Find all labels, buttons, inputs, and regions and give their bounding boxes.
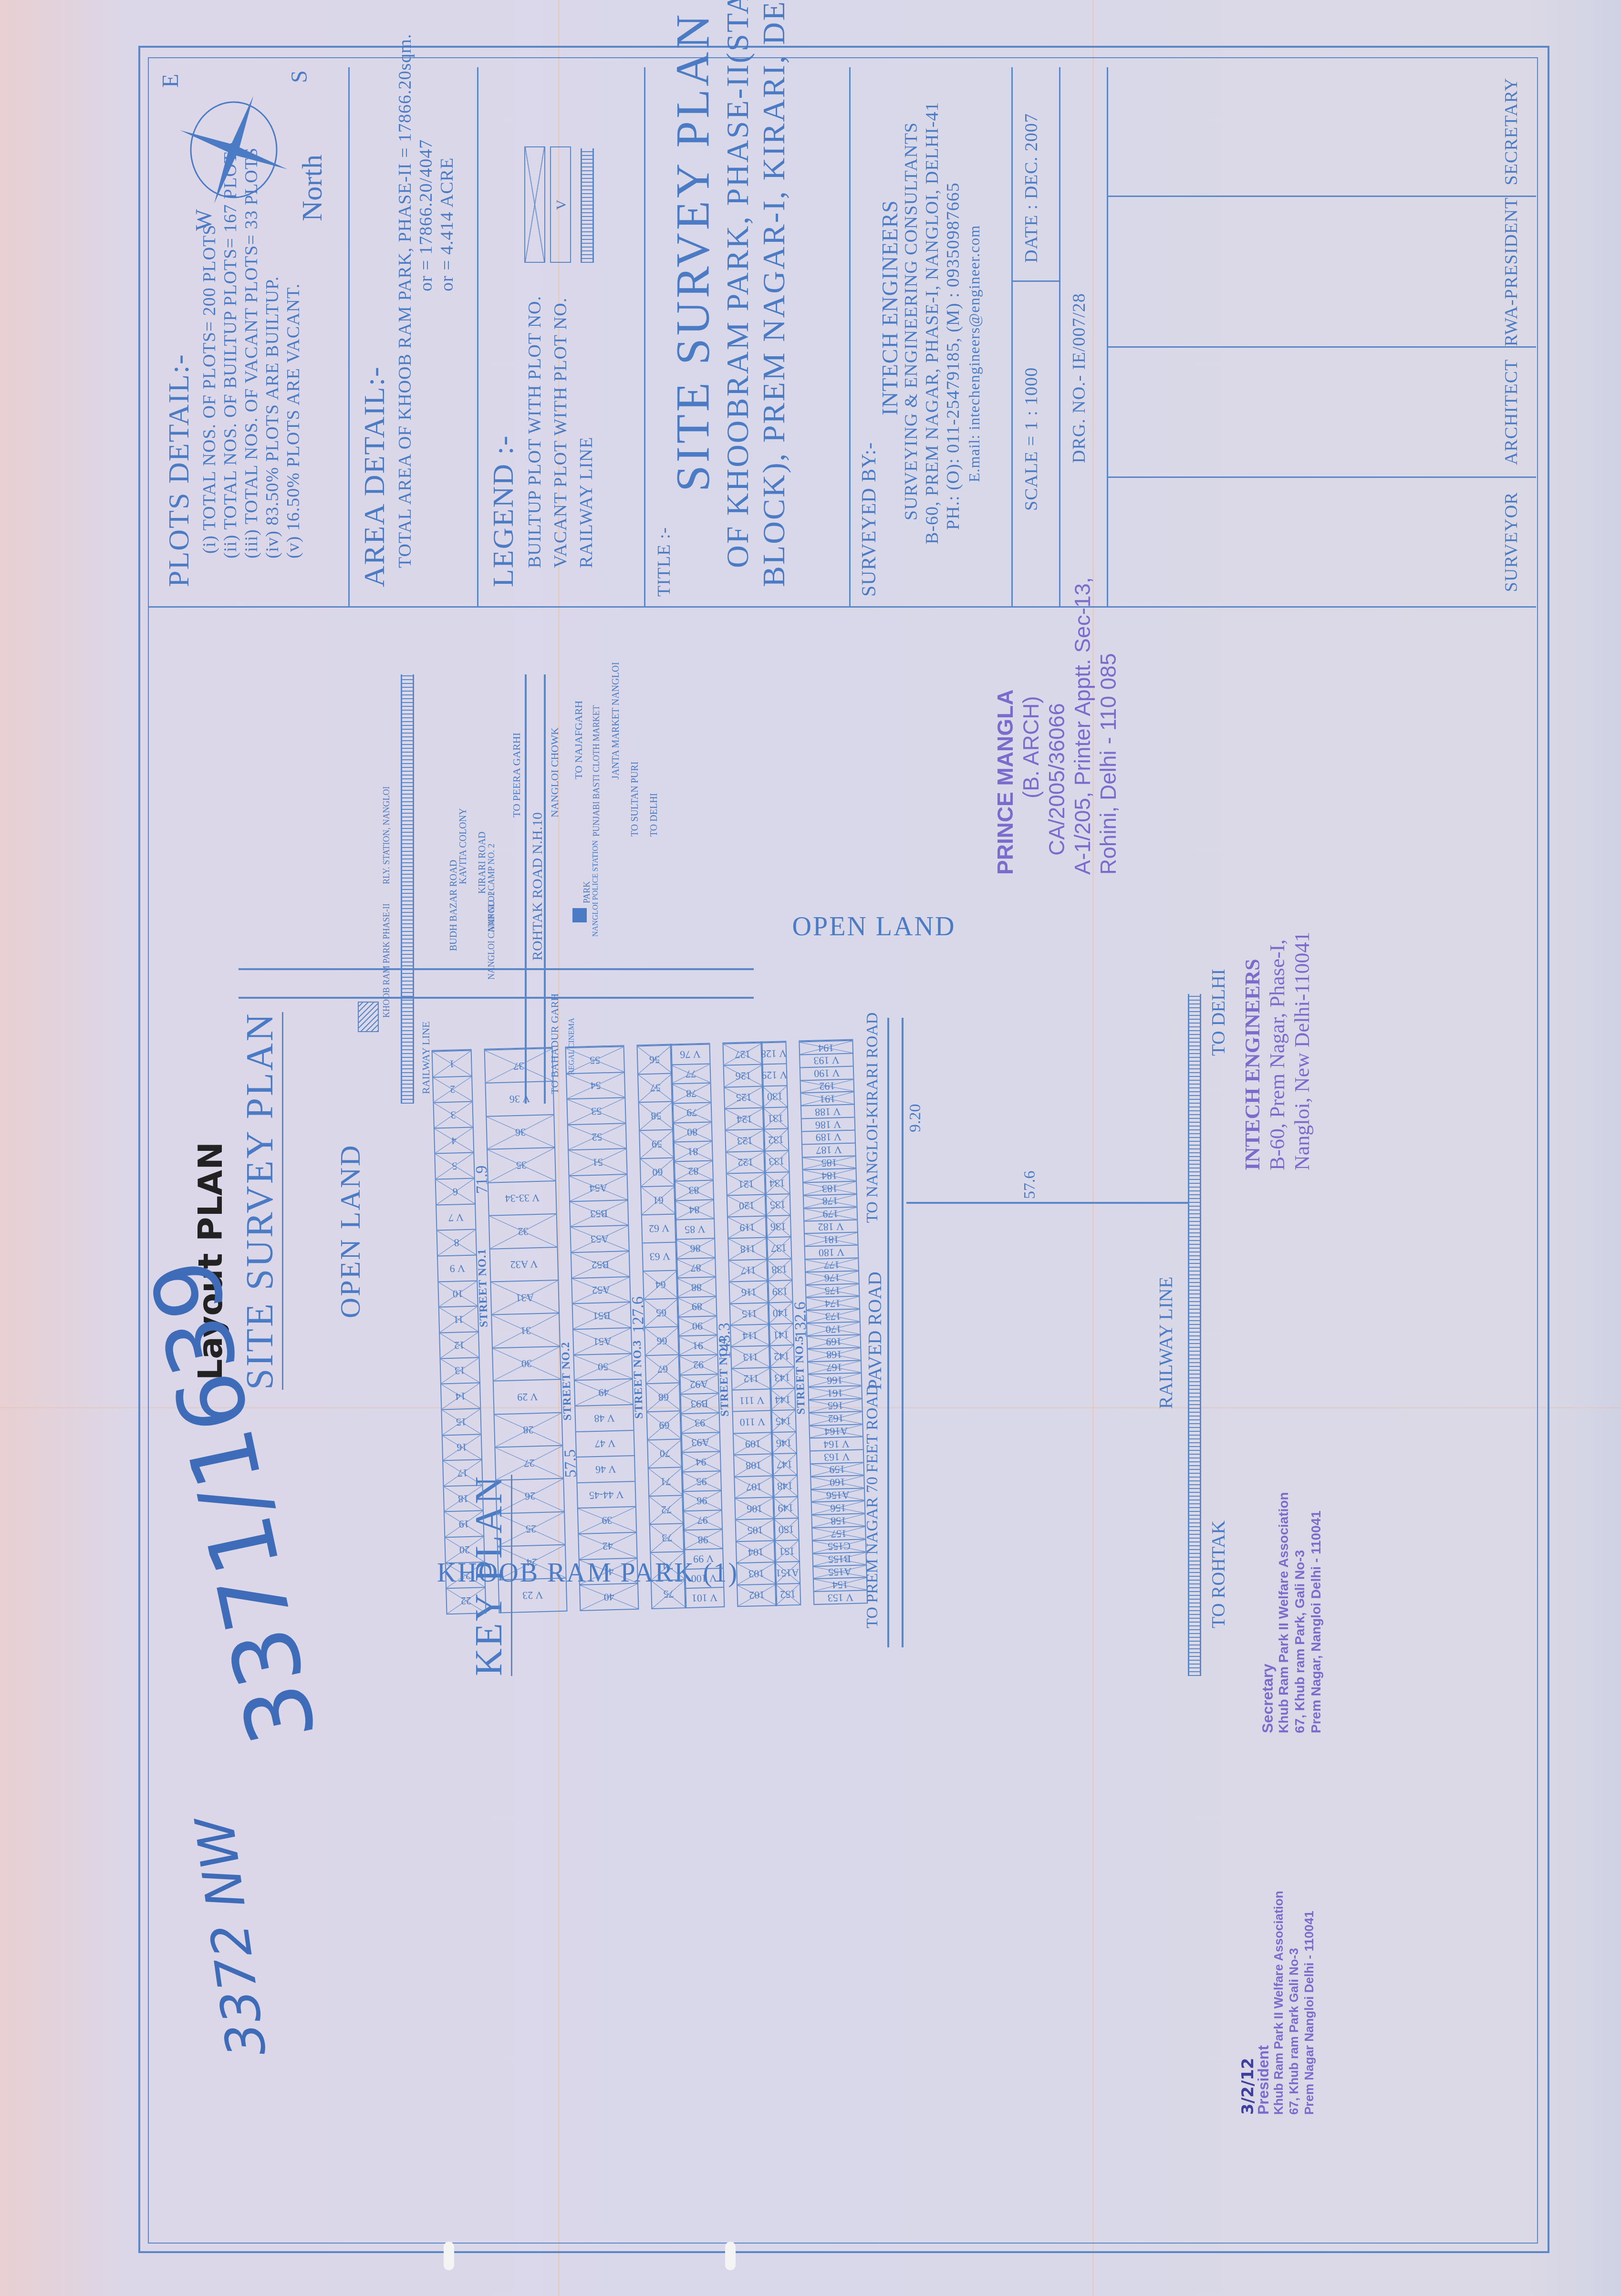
builtup-plot: 176 xyxy=(806,1270,859,1284)
plot-number: 81 xyxy=(687,1145,698,1158)
signatory-architect: ARCHITECT xyxy=(1107,346,1536,476)
signatory-row: SURVEYOR ARCHITECT RWA-PRESIDENT SECRETA… xyxy=(1107,67,1536,606)
plot-number: 21 xyxy=(460,1569,471,1582)
builtup-plot: 152 xyxy=(776,1583,800,1605)
builtup-plot: 10 xyxy=(438,1280,477,1307)
builtup-plot: 25 xyxy=(497,1511,565,1546)
compass-icon xyxy=(172,88,296,212)
plot-number: 114 xyxy=(742,1329,758,1342)
vacant-plot: V 186 xyxy=(802,1117,855,1131)
builtup-plot: 69 xyxy=(647,1410,682,1439)
builtup-plot: 156 xyxy=(812,1500,865,1515)
plot-number: 25 xyxy=(526,1523,537,1536)
plot-number: A51 xyxy=(593,1335,612,1348)
signatory-label: RWA-PRESIDENT xyxy=(1501,197,1522,346)
builtup-plot: 54 xyxy=(567,1072,624,1099)
plot-number: 194 xyxy=(818,1041,834,1054)
builtup-plot: 103 xyxy=(737,1562,776,1584)
builtup-plot: B93 xyxy=(680,1393,719,1414)
vacant-plot: V 111 xyxy=(732,1388,771,1411)
plot-number: 72 xyxy=(661,1503,672,1516)
plot-number: 122 xyxy=(738,1156,754,1169)
key-plan-label: NANGLOI CHOWK xyxy=(549,727,561,817)
date: DATE : DEC. 2007 xyxy=(1021,113,1042,263)
plot-number: 145 xyxy=(775,1415,791,1427)
plot-number: 58 xyxy=(651,1110,662,1123)
builtup-plot: 80 xyxy=(673,1121,712,1142)
builtup-plot: 138 xyxy=(767,1258,791,1281)
vacant-plot: V 62 xyxy=(642,1213,676,1242)
builtup-plot: 6 xyxy=(436,1178,475,1205)
drawing-number: DRG. NO.- IE/007/28 xyxy=(1069,293,1090,463)
plot-number: 71 xyxy=(660,1475,671,1488)
builtup-plot: 184 xyxy=(803,1168,856,1182)
builtup-plot: C155 xyxy=(813,1539,866,1553)
builtup-plot: 118 xyxy=(728,1237,767,1260)
plot-number: V 76 xyxy=(680,1048,701,1061)
builtup-plot: 92 xyxy=(679,1354,718,1375)
vacant-plot: V 153 xyxy=(814,1590,867,1604)
plot-number: 10 xyxy=(453,1288,464,1301)
key-plan: KEY PLAN ROHTAK ROAD N.H.10 RAILWAY LINE… xyxy=(239,674,763,1104)
builtup-plot: 95 xyxy=(682,1470,721,1491)
plot-number: 19 xyxy=(458,1518,469,1531)
vacant-plot: V 188 xyxy=(801,1104,854,1118)
builtup-plot: 32 xyxy=(489,1213,557,1248)
builtup-plot: 167 xyxy=(808,1360,861,1374)
plot-number: 117 xyxy=(741,1264,757,1277)
signatory-label: SURVEYOR xyxy=(1501,492,1522,592)
vacant-plot: V 48 xyxy=(575,1404,633,1431)
plot-number: 28 xyxy=(523,1424,534,1437)
builtup-plot: 81 xyxy=(674,1141,712,1161)
vacant-plot: V 33-34 xyxy=(488,1180,556,1215)
stamp-line: A-1/205, Printer Apptt. Sec-13, xyxy=(1070,577,1095,875)
builtup-plot: 30 xyxy=(493,1346,561,1381)
builtup-plot: 28 xyxy=(495,1412,562,1447)
police-station-marker xyxy=(572,908,587,922)
plot-number: A156 xyxy=(826,1489,850,1501)
plot-number: 74 xyxy=(663,1560,674,1572)
builtup-plot: A155 xyxy=(813,1564,866,1579)
plot-number: V 189 xyxy=(815,1131,842,1144)
dimension: 127.6 xyxy=(629,1296,648,1333)
builtup-plot: 141 xyxy=(769,1323,793,1345)
builtup-plot: 137 xyxy=(767,1237,791,1259)
plot-number: 69 xyxy=(659,1419,670,1432)
plot-number: 150 xyxy=(778,1523,794,1536)
plot-number: 152 xyxy=(780,1588,796,1601)
area-line: TOTAL AREA OF KHOOB RAM PARK, PHASE-II =… xyxy=(395,72,416,568)
plot-number: 65 xyxy=(656,1307,667,1320)
plot-number: 140 xyxy=(772,1307,789,1320)
plot-number: 37 xyxy=(513,1059,524,1072)
plot-number: C155 xyxy=(828,1540,851,1552)
builtup-plot: 68 xyxy=(646,1382,681,1411)
builtup-plot: 97 xyxy=(683,1510,722,1530)
plot-number: V 164 xyxy=(823,1438,850,1450)
builtup-plot: 52 xyxy=(568,1123,626,1150)
builtup-plot: 159 xyxy=(811,1462,864,1476)
plot-number: 141 xyxy=(773,1328,790,1341)
plot-number: 170 xyxy=(825,1323,842,1335)
builtup-plot: 27 xyxy=(495,1445,563,1480)
builtup-plot: 117 xyxy=(729,1259,768,1281)
plot-number: 35 xyxy=(516,1159,527,1172)
plot-number: 96 xyxy=(696,1494,707,1507)
builtup-plot: 39 xyxy=(578,1506,636,1533)
stamp-line: Khub Ram Park II Welfare Association xyxy=(1271,1891,1286,2115)
builtup-plot: 74 xyxy=(651,1551,685,1580)
plot-number: 1 xyxy=(449,1057,455,1070)
site-location-marker xyxy=(358,1002,379,1032)
builtup-plot: 11 xyxy=(439,1306,478,1333)
plot-number: V 48 xyxy=(594,1412,615,1425)
plot-number: 53 xyxy=(591,1105,602,1117)
plot-number: V 110 xyxy=(739,1416,765,1428)
engineer-stamp: INTECH ENGINEERS B-60, Prem Nagar, Phase… xyxy=(1240,931,1315,1170)
plot-number: 6 xyxy=(453,1185,458,1198)
firm-email: E.mail: intechengineers@engineer.com xyxy=(964,72,985,482)
builtup-plot: 127 xyxy=(723,1042,762,1065)
plot-number: 161 xyxy=(827,1386,843,1399)
builtup-plot: 124 xyxy=(725,1107,764,1130)
builtup-plot: 165 xyxy=(809,1398,862,1412)
plot-number: 66 xyxy=(656,1335,667,1348)
builtup-plot: 87 xyxy=(676,1257,715,1278)
builtup-plot: A54 xyxy=(570,1174,627,1201)
plot-number: 149 xyxy=(778,1501,794,1514)
plot-number: 49 xyxy=(598,1386,609,1399)
dimension: 71.9 xyxy=(473,1165,492,1194)
builtup-plot: 50 xyxy=(574,1353,632,1380)
builtup-plot: 134 xyxy=(765,1171,790,1194)
builtup-plot: 86 xyxy=(676,1238,715,1258)
plot-number: 36 xyxy=(515,1126,526,1138)
plot-number: 26 xyxy=(525,1489,536,1502)
plot-number: 97 xyxy=(697,1514,708,1527)
builtup-plot: 55 xyxy=(566,1046,624,1073)
plot-number: 17 xyxy=(457,1467,468,1479)
vacant-plot: V 63 xyxy=(643,1241,677,1271)
vacant-plot: V 128 xyxy=(761,1042,786,1064)
plot-number: 151 xyxy=(779,1545,795,1558)
plot-number: 31 xyxy=(520,1324,531,1337)
builtup-plot: 122 xyxy=(726,1150,765,1173)
plot-number: 192 xyxy=(819,1080,835,1093)
key-plan-label: JANTA MARKET NANGLOI xyxy=(611,662,622,779)
vacant-plot: V A32 xyxy=(490,1247,558,1282)
builtup-plot: 8 xyxy=(437,1229,476,1256)
legend-label: BUILTUP PLOT WITH PLOT NO. xyxy=(525,296,545,568)
builtup-plot: 26 xyxy=(496,1478,564,1513)
compass-south-label: S xyxy=(286,70,312,83)
builtup-plot: 18 xyxy=(444,1485,483,1511)
plot-number: 169 xyxy=(826,1335,842,1348)
builtup-plot: 13 xyxy=(441,1357,479,1384)
plot-number: V 33-34 xyxy=(505,1191,540,1205)
plot-number: V 36 xyxy=(509,1093,530,1106)
stamp-name: PRINCE MANGLA xyxy=(992,577,1018,875)
plot-number: A164 xyxy=(824,1425,848,1438)
plot-number: V 7 xyxy=(448,1211,464,1224)
plot-number: V 9 xyxy=(449,1262,465,1275)
plot-number: 14 xyxy=(455,1390,466,1403)
vacant-plot: V 23 xyxy=(499,1577,567,1612)
site-plan-grid: 22212019181716151413121110V 98V 7654321 … xyxy=(432,1041,866,1615)
handwritten-date: 3/2/12 xyxy=(1240,1891,1256,2115)
builtup-plot: 64 xyxy=(644,1270,678,1299)
builtup-plot: 35 xyxy=(488,1147,555,1182)
stamp-line: 67, Khub ram Park, Gali No-3 xyxy=(1292,1492,1308,1733)
builtup-plot: 150 xyxy=(774,1518,799,1540)
plot-number: 24 xyxy=(526,1556,537,1569)
builtup-plot: 185 xyxy=(803,1155,856,1169)
plot-number: V 111 xyxy=(739,1394,765,1407)
builtup-plot: 102 xyxy=(738,1583,776,1606)
vacant-plot: V 29 xyxy=(494,1379,561,1414)
vacant-plot: V 110 xyxy=(733,1410,772,1433)
plot-number: 56 xyxy=(649,1054,660,1066)
plot-number: 119 xyxy=(739,1221,755,1234)
plot-number: 95 xyxy=(696,1475,707,1488)
firm-phone: PH.: (O): 011-25479185, (M) : 0935098766… xyxy=(943,72,964,530)
paved-road-edge xyxy=(902,1018,904,1647)
legend-heading: LEGEND :- xyxy=(487,72,520,587)
builtup-plot: 144 xyxy=(770,1388,795,1410)
plot-number: 135 xyxy=(770,1199,786,1211)
plot-number: 87 xyxy=(690,1262,701,1274)
plot-number: 107 xyxy=(746,1480,762,1493)
key-plan-label: KAVITA COLONY xyxy=(458,808,469,884)
plot-number: 139 xyxy=(772,1285,788,1298)
road-label: TO PREM NAGAR 70 FEET ROAD xyxy=(863,1384,882,1628)
plot-number: A155 xyxy=(828,1565,852,1578)
builtup-plot: 114 xyxy=(731,1324,769,1346)
surveyed-by-label: SURVEYED BY:- xyxy=(859,72,880,597)
plot-number: 157 xyxy=(831,1527,847,1540)
vacant-plot: V 190 xyxy=(800,1065,853,1080)
builtup-plot: 5 xyxy=(435,1152,474,1179)
builtup-plot: 82 xyxy=(674,1160,713,1181)
plot-number: 185 xyxy=(821,1157,837,1169)
stamp-name: INTECH ENGINEERS xyxy=(1240,931,1265,1170)
builtup-plot: 71 xyxy=(649,1467,683,1496)
plot-number: V 188 xyxy=(815,1105,841,1118)
builtup-plot: 1 xyxy=(433,1050,471,1076)
plot-number: 104 xyxy=(748,1545,764,1558)
plot-number: V 44-45 xyxy=(589,1488,624,1501)
builtup-plot: 37 xyxy=(485,1048,553,1083)
builtup-plot: 75 xyxy=(652,1579,686,1608)
crossed-box-icon xyxy=(524,146,545,263)
plot-number: 148 xyxy=(777,1480,793,1493)
plot-number: 88 xyxy=(691,1281,702,1294)
plot-number: 16 xyxy=(457,1441,468,1454)
plot-number: V 163 xyxy=(824,1450,850,1463)
builtup-plot: 31 xyxy=(492,1313,560,1347)
architect-stamp: PRINCE MANGLA (B. ARCH) CA/2005/36066 A-… xyxy=(992,577,1121,875)
plot-number: 82 xyxy=(688,1165,699,1178)
builtup-plot: B155 xyxy=(813,1551,866,1566)
plot-number: 109 xyxy=(745,1438,761,1450)
plot-number: 121 xyxy=(738,1178,754,1190)
plot-number: 30 xyxy=(521,1357,532,1370)
builtup-plot: 3 xyxy=(434,1101,472,1128)
secretary-stamp: Secretary Khub Ram Park II Welfare Assoc… xyxy=(1259,1492,1324,1733)
legend-label: VACANT PLOT WITH PLOT NO. xyxy=(551,298,571,568)
builtup-plot: 147 xyxy=(772,1453,797,1475)
plot-number: V 186 xyxy=(815,1118,842,1131)
vacant-plot: V 85 xyxy=(675,1219,714,1239)
plot-number: 118 xyxy=(740,1242,756,1255)
plot-number: 80 xyxy=(687,1126,698,1138)
plot-number: V 180 xyxy=(819,1246,845,1259)
key-plan-label: TO SULTAN PURI xyxy=(630,762,641,837)
plot-number: 159 xyxy=(829,1463,845,1476)
vacant-plot: V 164 xyxy=(810,1437,863,1451)
plot-number: 22 xyxy=(461,1594,472,1607)
plot-number: 41 xyxy=(603,1565,614,1578)
plot-number: 51 xyxy=(592,1156,603,1169)
plot-number: V 187 xyxy=(816,1143,842,1156)
builtup-plot: A52 xyxy=(572,1276,630,1303)
builtup-plot: 40 xyxy=(580,1583,638,1610)
builtup-plot: B53 xyxy=(570,1200,628,1227)
builtup-plot: 132 xyxy=(764,1128,788,1151)
plot-row: 40414239V 44-45V 46V 47V 484950A51B51A52… xyxy=(565,1045,639,1611)
title-heading: SITE SURVEY PLAN xyxy=(665,72,720,492)
legend-item-builtup: BUILTUP PLOT WITH PLOT NO. xyxy=(524,72,545,568)
builtup-plot: A151 xyxy=(775,1561,800,1583)
builtup-plot: 146 xyxy=(772,1431,796,1454)
builtup-plot: 169 xyxy=(808,1334,861,1348)
punch-hole xyxy=(444,2242,454,2270)
builtup-plot: 115 xyxy=(730,1302,769,1324)
plot-number: 84 xyxy=(689,1203,700,1216)
key-plan-label: ROHTAK ROAD N.H.10 xyxy=(530,812,546,961)
stamp-line: 67, Khub ram Park Gali No-3 xyxy=(1286,1891,1301,2115)
plot-number: 15 xyxy=(456,1416,467,1428)
plot-number: B93 xyxy=(691,1397,708,1410)
builtup-plot: 161 xyxy=(809,1386,862,1400)
builtup-plot: 143 xyxy=(770,1366,794,1389)
builtup-plot: A51 xyxy=(573,1327,631,1355)
builtup-plot: 112 xyxy=(732,1367,770,1389)
divider xyxy=(477,67,478,606)
plot-number: 52 xyxy=(592,1130,603,1143)
builtup-plot: A164 xyxy=(810,1424,862,1438)
plot-number: 125 xyxy=(736,1091,752,1104)
plot-number: 168 xyxy=(826,1348,842,1361)
dimension-line xyxy=(906,1202,1188,1204)
plot-number: 5 xyxy=(452,1160,457,1172)
builtup-plot: 194 xyxy=(800,1040,852,1055)
builtup-plot: 145 xyxy=(771,1410,796,1432)
plot-number: 138 xyxy=(771,1263,788,1276)
plot-number: 32 xyxy=(518,1225,529,1238)
vacant-plot: V 99 xyxy=(684,1548,723,1569)
plot-number: 2 xyxy=(450,1083,456,1096)
plot-number: A151 xyxy=(776,1566,800,1579)
plot-number: 136 xyxy=(770,1220,787,1233)
surveyed-by: SURVEYED BY:- INTECH ENGINEERS SURVEYING… xyxy=(859,72,985,597)
plot-number: 12 xyxy=(454,1339,465,1352)
stamp-line: CA/2005/36066 xyxy=(1044,577,1070,856)
plot-number: V 128 xyxy=(761,1047,786,1060)
builtup-plot: 106 xyxy=(735,1497,774,1519)
compass-rose: North E S W xyxy=(172,88,296,212)
plot-number: V 193 xyxy=(813,1054,840,1067)
builtup-plot: 78 xyxy=(672,1083,711,1103)
key-plan-label: TO PEERA GARHI xyxy=(510,733,523,817)
key-plan-label: NANGLOI POLICE STATION xyxy=(592,840,600,937)
builtup-plot: 178 xyxy=(804,1194,857,1208)
builtup-plot: 179 xyxy=(804,1206,857,1220)
plot-number: 20 xyxy=(459,1543,470,1556)
builtup-plot: 91 xyxy=(678,1335,717,1355)
plot-number: 89 xyxy=(692,1300,703,1313)
plot-row: V 232425262728V 293031A31V A3232V 33-343… xyxy=(484,1047,568,1613)
vacant-plot: V 189 xyxy=(802,1130,855,1144)
plot-number: 67 xyxy=(657,1363,668,1376)
builtup-plot: 158 xyxy=(812,1513,865,1528)
builtup-plot: 2 xyxy=(433,1076,472,1102)
builtup-plot: 107 xyxy=(735,1475,773,1498)
plot-number: 130 xyxy=(767,1090,783,1103)
plot-number: V 47 xyxy=(594,1437,615,1450)
plot-number: 147 xyxy=(777,1458,793,1471)
plot-number: 70 xyxy=(660,1447,671,1460)
builtup-plot: 59 xyxy=(640,1129,674,1158)
builtup-plot: 109 xyxy=(734,1432,772,1454)
stamp-line: (B. ARCH) xyxy=(1018,577,1044,798)
builtup-plot: 166 xyxy=(809,1373,862,1387)
key-plan-label: NANGLOI CAMP NO. 2 xyxy=(487,891,497,980)
builtup-plot: 139 xyxy=(768,1280,792,1302)
plot-number: V 190 xyxy=(814,1067,840,1080)
legend-item-vacant: VACANT PLOT WITH PLOT NO. V xyxy=(550,72,571,568)
stamp-name: Secretary xyxy=(1259,1492,1276,1733)
dimension: 143.3 xyxy=(716,1323,735,1359)
plot-number: 143 xyxy=(774,1372,790,1385)
vacant-plot: V 182 xyxy=(804,1219,857,1233)
builtup-plot: 57 xyxy=(638,1073,673,1102)
plot-number: 166 xyxy=(827,1374,843,1386)
key-plan-label: KHOOB RAM PARK PHASE-II xyxy=(382,903,392,1018)
stamp-line: Prem Nagar, Nangloi Delhi - 110041 xyxy=(1308,1492,1324,1733)
vacant-plot: V 7 xyxy=(436,1203,475,1230)
plot-number: 57 xyxy=(650,1082,661,1095)
vacant-plot: V 44-45 xyxy=(577,1481,635,1508)
stamp-name: President xyxy=(1256,1891,1271,2115)
builtup-plot: 116 xyxy=(730,1281,769,1303)
dimension: 57.5 xyxy=(561,1449,581,1478)
builtup-plot: 170 xyxy=(807,1322,860,1336)
compass-north-label: North xyxy=(296,155,329,221)
builtup-plot: 123 xyxy=(726,1129,764,1151)
drawing-sheet: PLOTS DETAIL:- (i) TOTAL NOS. OF PLOTS= … xyxy=(0,0,1621,2296)
plot-number: 124 xyxy=(737,1113,753,1126)
builtup-plot: 191 xyxy=(801,1091,854,1106)
plot-number: 73 xyxy=(662,1531,673,1544)
builtup-plot: 24 xyxy=(498,1544,566,1579)
title-section: TITLE :- SITE SURVEY PLAN OF KHOOBRAM PA… xyxy=(654,72,792,597)
plot-number: 102 xyxy=(749,1589,765,1602)
vacant-box-icon: V xyxy=(550,146,571,263)
plot-number: 103 xyxy=(748,1567,765,1580)
builtup-plot: 125 xyxy=(725,1086,763,1108)
